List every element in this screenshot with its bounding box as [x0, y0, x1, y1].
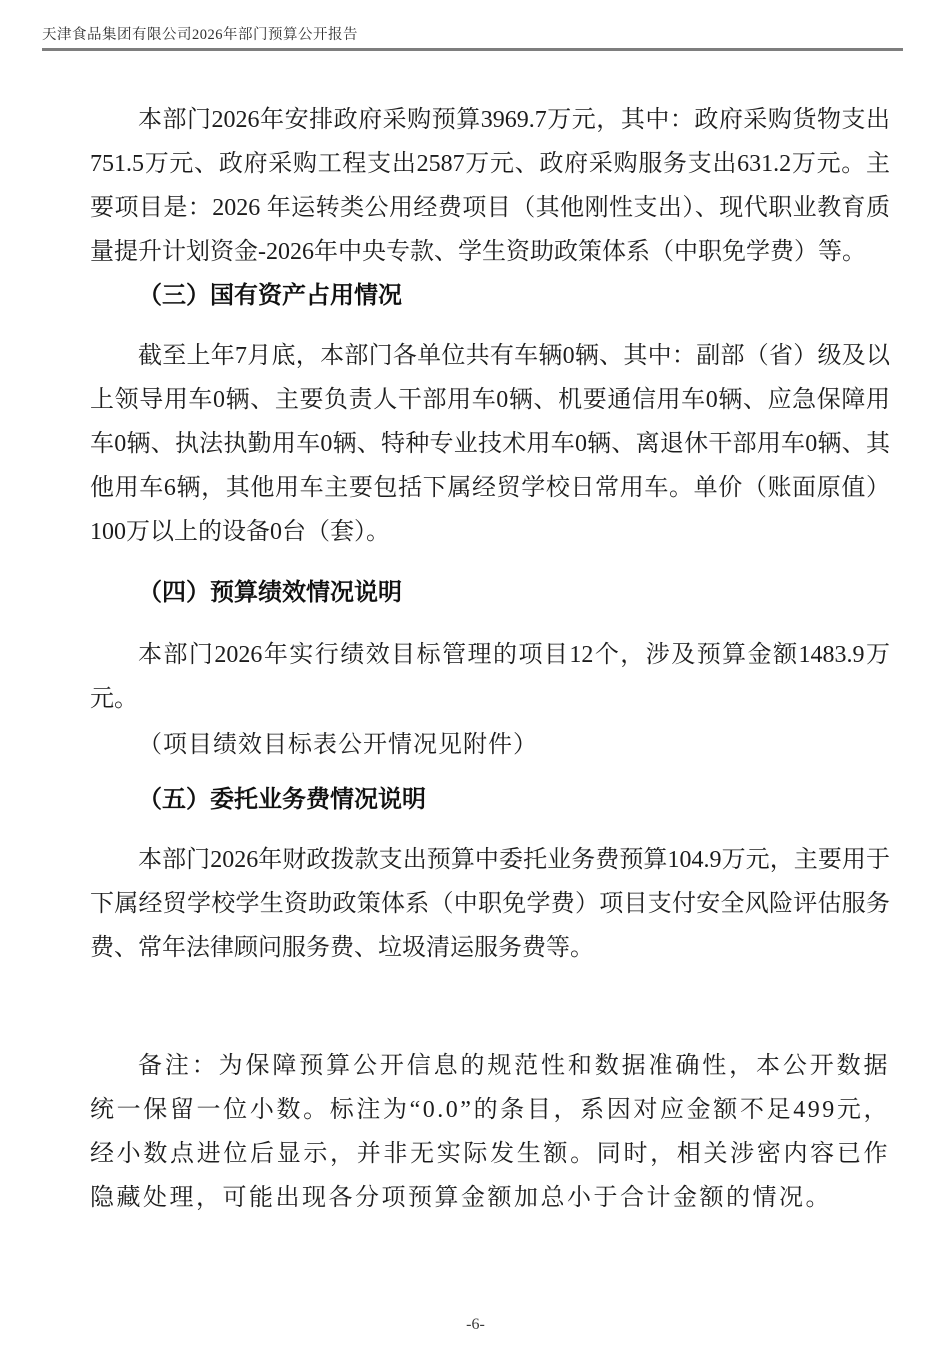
heading-state-assets: （三）国有资产占用情况 [90, 274, 890, 318]
paragraph-entrusted-service-fee: 本部门2026年财政拨款支出预算中委托业务费预算104.9万元，主要用于下属经贸… [90, 838, 890, 970]
page-header: 天津食品集团有限公司2026年部门预算公开报告 [42, 26, 903, 51]
page-number: -6- [466, 1316, 485, 1333]
paragraph-government-procurement: 本部门2026年安排政府采购预算3969.7万元，其中：政府采购货物支出751.… [90, 98, 890, 274]
document-body: 本部门2026年安排政府采购预算3969.7万元，其中：政府采购货物支出751.… [90, 98, 890, 1220]
heading-entrusted-service-fee: （五）委托业务费情况说明 [90, 778, 890, 822]
paragraph-remark: 备注：为保障预算公开信息的规范性和数据准确性，本公开数据统一保留一位小数。标注为… [90, 1044, 890, 1220]
paragraph-state-assets: 截至上年7月底，本部门各单位共有车辆0辆、其中：副部（省）级及以上领导用车0辆、… [90, 334, 890, 554]
paragraph-budget-performance: 本部门2026年实行绩效目标管理的项目12个，涉及预算金额1483.9万元。 [90, 633, 890, 721]
document-page: 天津食品集团有限公司2026年部门预算公开报告 本部门2026年安排政府采购预算… [0, 0, 951, 1347]
header-divider [42, 48, 903, 51]
header-title: 天津食品集团有限公司2026年部门预算公开报告 [42, 26, 903, 45]
paragraph-performance-attachment-note: （项目绩效目标表公开情况见附件） [90, 723, 890, 767]
page-footer: -6- [0, 1316, 951, 1334]
heading-budget-performance: （四）预算绩效情况说明 [90, 571, 890, 615]
